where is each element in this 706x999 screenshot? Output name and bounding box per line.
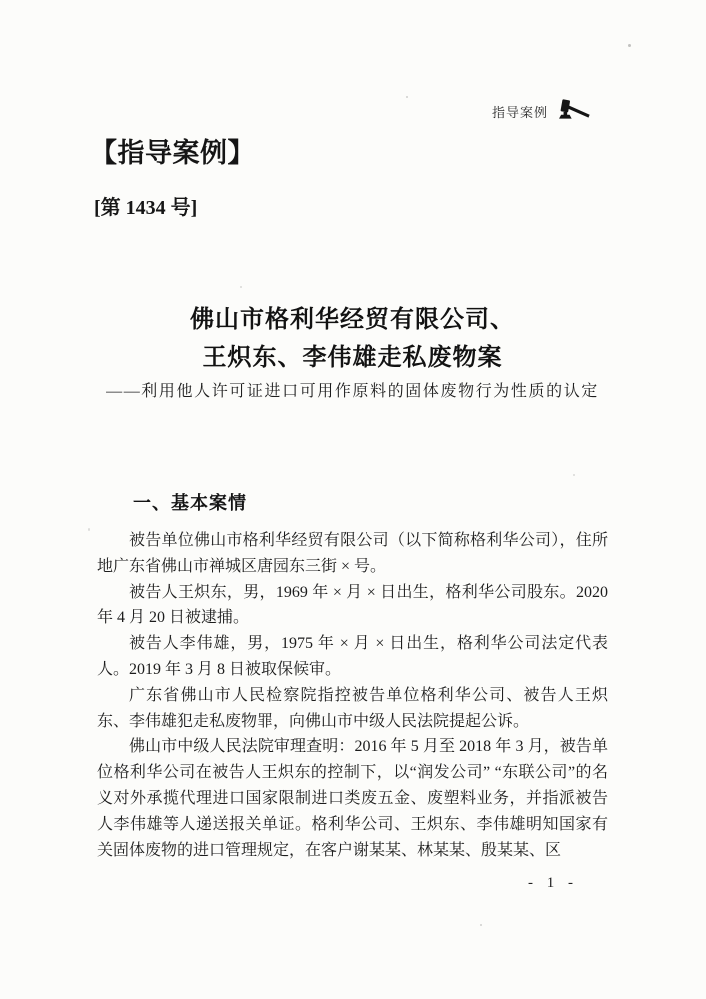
paragraph-defendant-company: 被告单位佛山市格利华经贸有限公司（以下简称格利华公司），住所地广东省佛山市禅城区… xyxy=(97,528,608,580)
case-number: [第 1434 号] xyxy=(94,195,197,221)
case-title-block: 佛山市格利华经贸有限公司、 王炽东、李伟雄走私废物案 ——利用他人许可证进口可用… xyxy=(97,301,608,402)
section-heading: 一、基本案情 xyxy=(133,492,247,514)
paragraph-defendant-li: 被告人李伟雄，男，1975 年 × 月 × 日出生，格利华公司法定代表人。201… xyxy=(97,631,608,683)
scan-speck xyxy=(240,286,242,288)
case-title-line-1: 佛山市格利华经贸有限公司、 xyxy=(97,301,608,339)
scan-speck xyxy=(628,44,631,47)
bracket-heading: 【指导案例】 xyxy=(90,135,255,171)
case-title-line-2: 王炽东、李伟雄走私废物案 xyxy=(97,339,608,377)
running-head-title: 指导案例 xyxy=(492,102,548,121)
running-head: 指导案例 xyxy=(492,98,591,124)
scan-speck xyxy=(406,96,408,98)
gavel-icon xyxy=(555,98,591,124)
paragraph-court-findings: 佛山市中级人民法院审理查明：2016 年 5 月至 2018 年 3 月，被告单… xyxy=(97,734,608,863)
case-subtitle: ——利用他人许可证进口可用作原料的固体废物行为性质的认定 xyxy=(97,381,608,402)
scan-speck xyxy=(573,474,575,476)
paragraph-defendant-wang: 被告人王炽东，男，1969 年 × 月 × 日出生，格利华公司股东。2020 年… xyxy=(97,580,608,632)
page-number: - 1 - xyxy=(497,875,609,892)
body-text: 被告单位佛山市格利华经贸有限公司（以下简称格利华公司），住所地广东省佛山市禅城区… xyxy=(97,528,608,863)
paragraph-prosecution: 广东省佛山市人民检察院指控被告单位格利华公司、被告人王炽东、李伟雄犯走私废物罪，… xyxy=(97,683,608,735)
scan-speck xyxy=(88,528,90,531)
scanned-book-page: 指导案例 【指导案例】 [第 1434 号] 佛山市格利华经贸有限公司、 王炽东… xyxy=(0,0,706,999)
scan-speck xyxy=(480,924,482,926)
